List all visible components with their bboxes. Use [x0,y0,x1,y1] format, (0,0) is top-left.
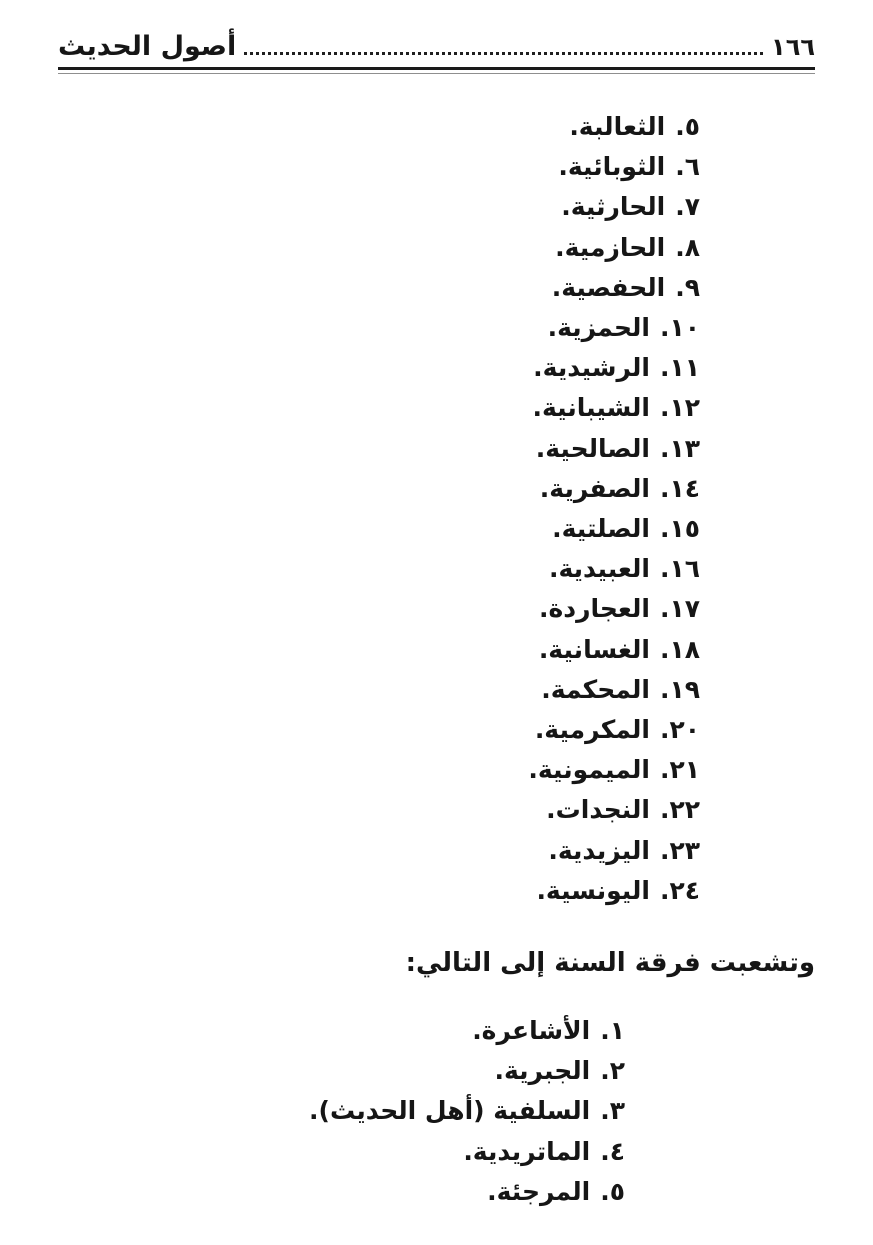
list-item: ١١.الرشيدية. [0,348,700,388]
item-name: السلفية (أهل الحديث). [309,1096,590,1125]
list-item: ٦.الثوبائية. [0,147,700,187]
list-item: ٢٤.اليونسية. [0,871,700,911]
item-number: ١١. [660,353,700,382]
header-rule [58,67,815,74]
list-item: ٥.المرجئة. [0,1172,625,1212]
item-name: النجدات. [546,795,650,824]
list-item: ١٩.المحكمة. [0,670,700,710]
item-number: ٢٢. [660,795,700,824]
item-name: الجبرية. [494,1056,590,1085]
list-item: ٢١.الميمونية. [0,750,700,790]
list-item: ١٦.العبيدية. [0,549,700,589]
list-item: ١٧.العجاردة. [0,589,700,629]
item-name: العبيدية. [549,554,650,583]
running-header: ١٦٦ أصول الحديث [58,30,815,64]
list-item: ٢٠.المكرمية. [0,710,700,750]
item-name: الثعالبة. [569,112,665,141]
item-number: ٨. [675,233,700,262]
list-item: ١٠.الحمزية. [0,308,700,348]
item-number: ٩. [675,273,700,302]
list-item: ٢.الجبرية. [0,1051,625,1091]
item-number: ١٧. [660,594,700,623]
item-name: المرجئة. [487,1177,590,1206]
list-item: ١٣.الصالحية. [0,429,700,469]
list-item: ٩.الحفصية. [0,268,700,308]
list-item: ١.الأشاعرة. [0,1011,625,1051]
dot-leader [244,52,763,55]
item-number: ٤. [600,1137,625,1166]
item-name: اليونسية. [536,876,650,905]
item-number: ٢١. [660,755,700,784]
list-item: ٥.الثعالبة. [0,107,700,147]
item-name: العجاردة. [539,594,650,623]
item-number: ١٤. [660,474,700,503]
list-item: ١٤.الصفرية. [0,469,700,509]
book-page: ١٦٦ أصول الحديث ٥.الثعالبة.٦.الثوبائية.٧… [0,0,873,1245]
item-name: اليزيدية. [548,836,650,865]
item-name: المكرمية. [535,715,650,744]
item-name: الحازمية. [555,233,665,262]
item-number: ١٥. [660,514,700,543]
item-number: ١٩. [660,675,700,704]
sunna-branches-list: ١.الأشاعرة.٢.الجبرية.٣.السلفية (أهل الحد… [0,1011,625,1212]
item-number: ١٢. [660,393,700,422]
item-name: الحارثية. [561,192,665,221]
list-item: ٤.الماتريدية. [0,1132,625,1172]
item-number: ٦. [675,152,700,181]
list-item: ٧.الحارثية. [0,187,700,227]
item-number: ١٣. [660,434,700,463]
list-item: ١٥.الصلتية. [0,509,700,549]
list-item: ٢٣.اليزيدية. [0,831,700,871]
item-number: ١٨. [660,635,700,664]
book-title: أصول الحديث [58,30,236,64]
item-number: ٢٣. [660,836,700,865]
sunna-intro-paragraph: وتشعبت فرقة السنة إلى التالي: [58,943,815,983]
list-item: ٨.الحازمية. [0,228,700,268]
item-number: ١٦. [660,554,700,583]
item-number: ٢. [600,1056,625,1085]
item-number: ٣. [600,1096,625,1125]
item-name: الأشاعرة. [472,1016,590,1045]
item-name: الصالحية. [536,434,650,463]
item-name: الميمونية. [528,755,650,784]
item-name: الثوبائية. [558,152,665,181]
item-name: الشيبانية. [533,393,650,422]
item-name: الصفرية. [540,474,650,503]
item-name: المحكمة. [541,675,650,704]
list-item: ٢٢.النجدات. [0,790,700,830]
list-item: ٣.السلفية (أهل الحديث). [0,1091,625,1131]
list-item: ١٢.الشيبانية. [0,388,700,428]
item-name: الحفصية. [552,273,665,302]
item-number: ٥. [675,112,700,141]
item-number: ٢٤. [660,876,700,905]
item-number: ٧. [675,192,700,221]
page-number: ١٦٦ [771,30,815,64]
item-name: الحمزية. [548,313,650,342]
sects-list-continued: ٥.الثعالبة.٦.الثوبائية.٧.الحارثية.٨.الحا… [0,107,700,911]
item-number: ٢٠. [660,715,700,744]
item-name: الرشيدية. [533,353,650,382]
item-name: الصلتية. [552,514,650,543]
item-number: ١٠. [660,313,700,342]
item-number: ١. [600,1016,625,1045]
list-item: ١٨.الغسانية. [0,630,700,670]
item-name: الغسانية. [539,635,650,664]
item-number: ٥. [600,1177,625,1206]
item-name: الماتريدية. [463,1137,590,1166]
